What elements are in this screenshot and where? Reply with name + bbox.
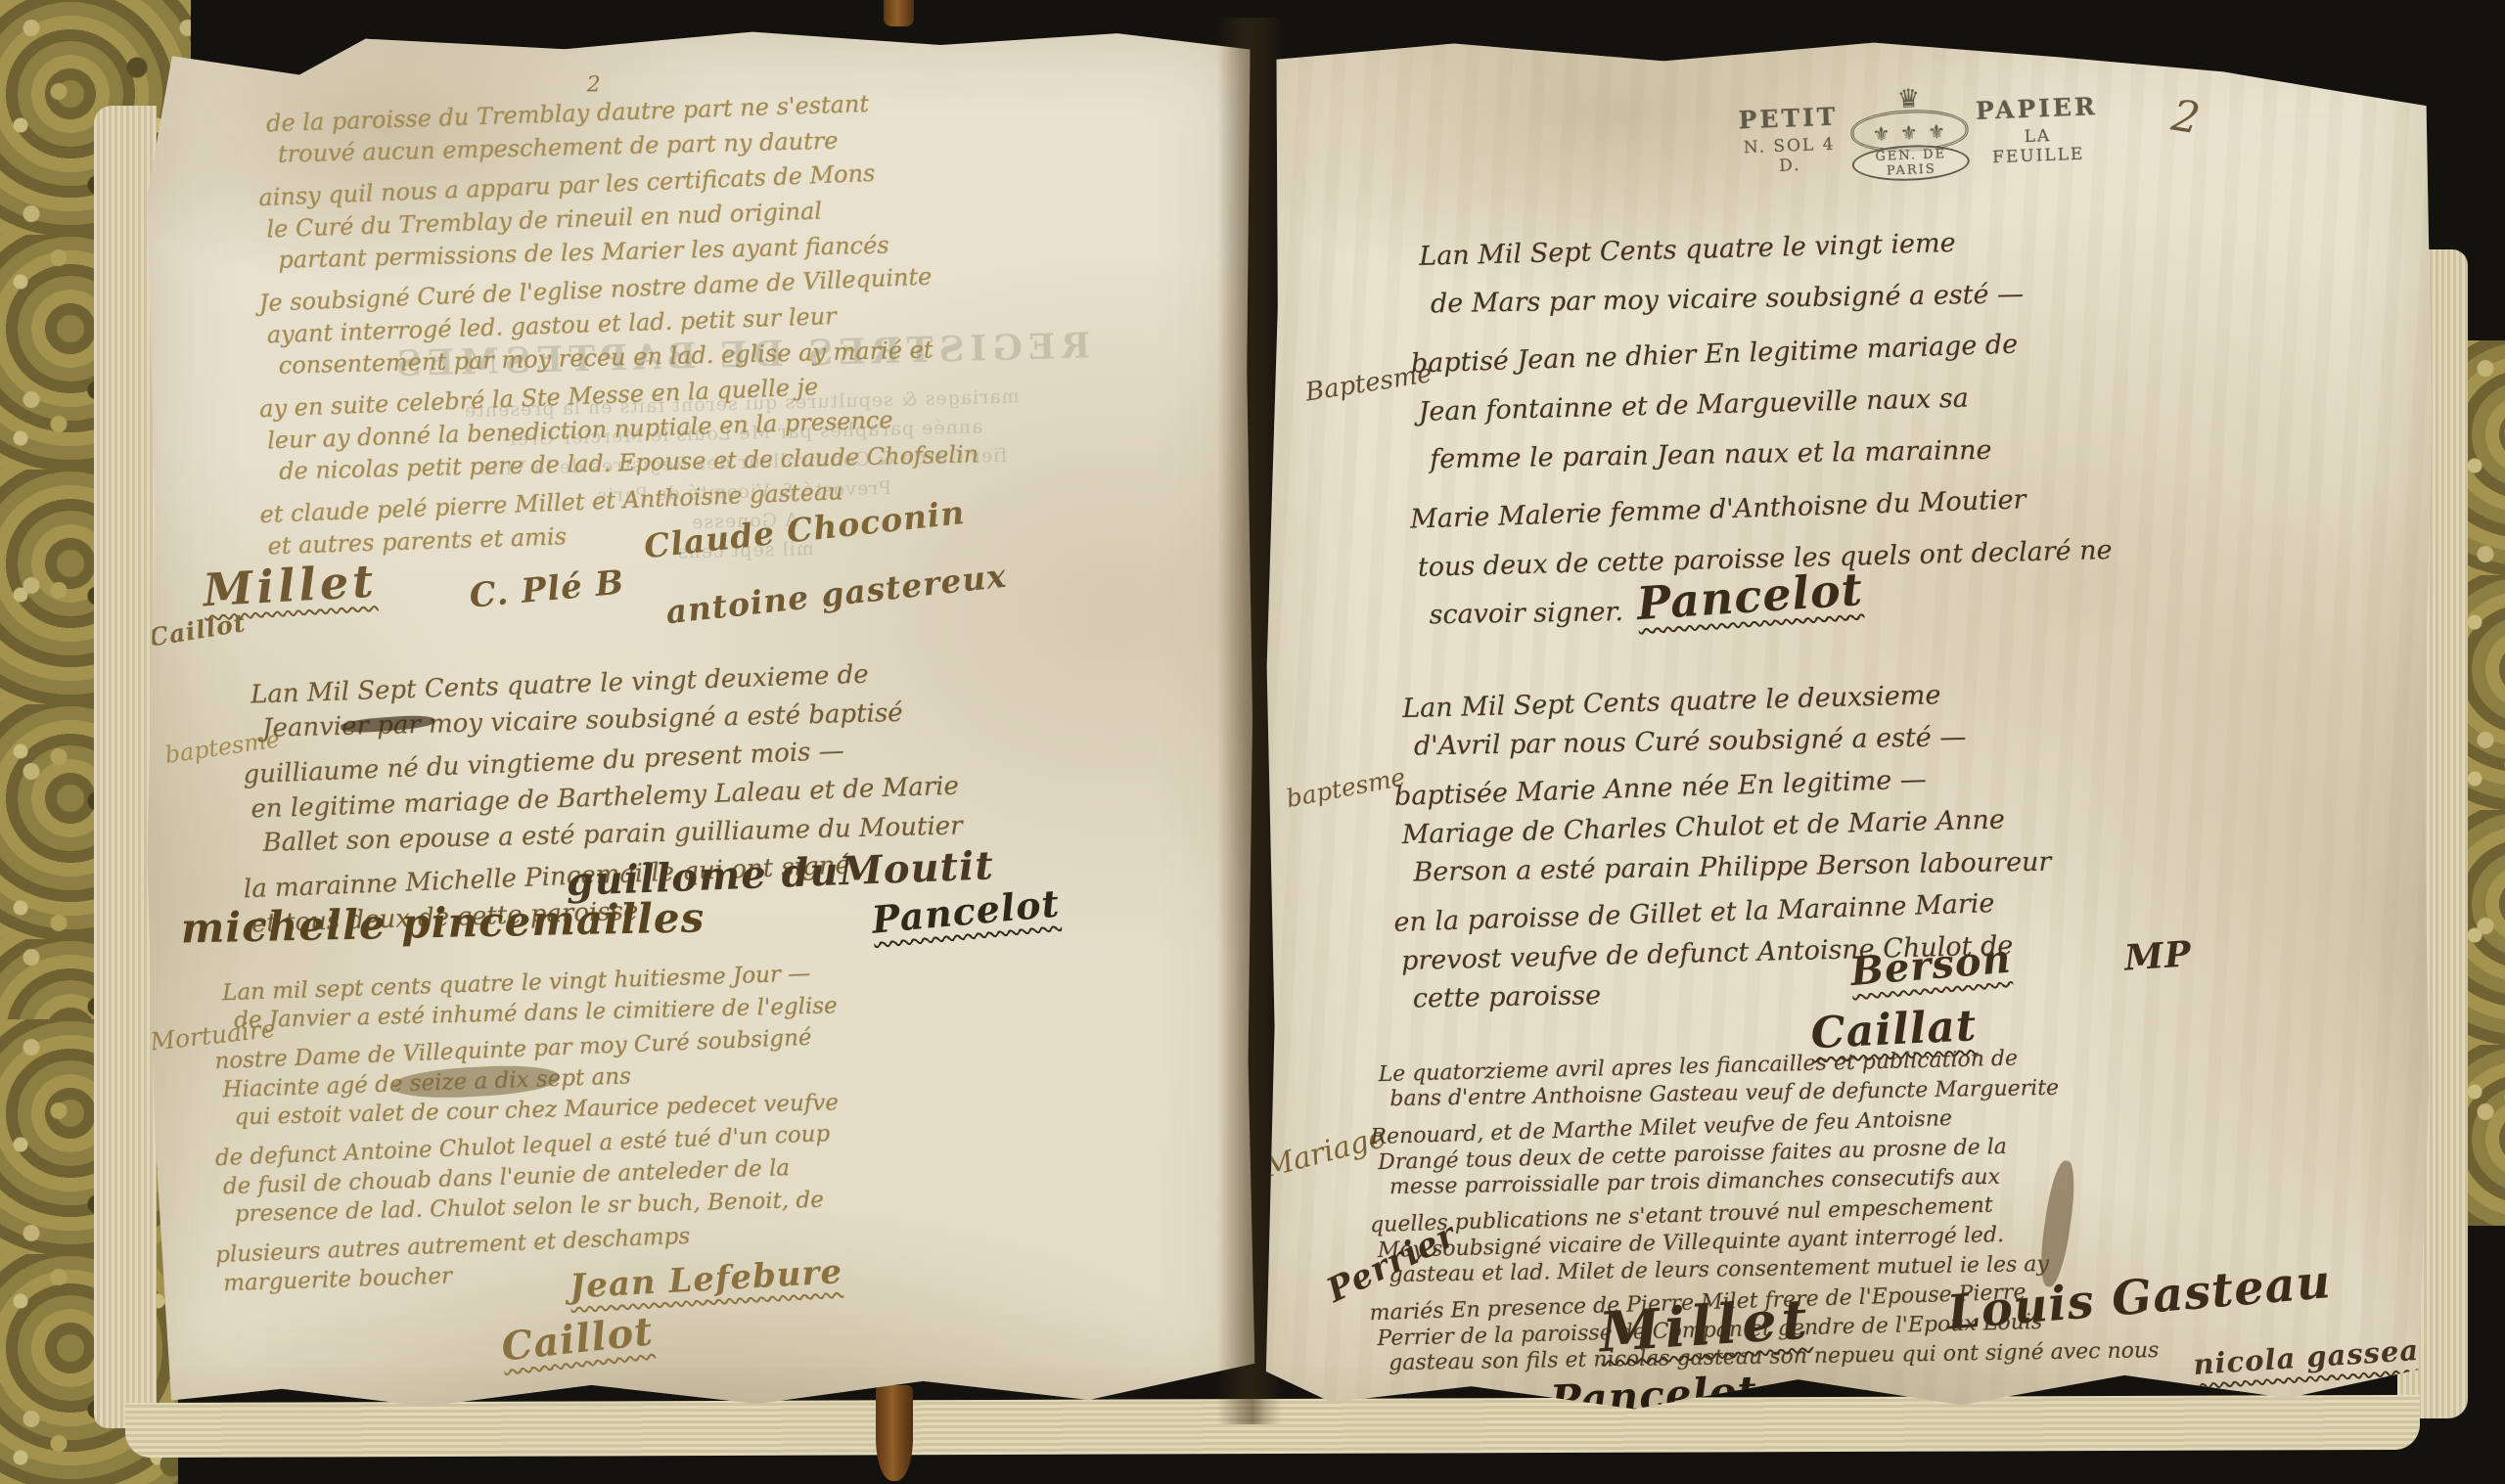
right-page: PETIT N. SOL 4 D. ♛ ⚜ ⚜ ⚜ GEN. DE PARIS … [1261, 31, 2434, 1417]
signature-mp: MP [2123, 933, 2194, 978]
stamp-word-papier: PAPIER [1975, 92, 2098, 125]
marriage-record-faded: de la paroisse du Tremblay dautre part n… [260, 88, 1251, 550]
stamp-word-sol: N. SOL 4 D. [1735, 134, 1845, 177]
stamp-right-column: PAPIER LA FEUILLE [1975, 92, 2099, 168]
leather-spine-tail [876, 1385, 913, 1481]
signature-antoine-gastereux: antoine gastereux [663, 557, 1008, 632]
folio-mark-right: 2 [2168, 91, 2204, 145]
stamp-word-feuille: LA FEUILLE [1977, 124, 2100, 168]
stamp-crown-emblem: ♛ ⚜ ⚜ ⚜ GEN. DE PARIS [1849, 86, 1971, 183]
signature-michelle-pincemailles: michelle pincemailles [180, 893, 705, 952]
stamp-band-gen-de-paris: GEN. DE PARIS [1851, 143, 1970, 183]
crown-icon: ♛ [1849, 86, 1968, 112]
mortuary-record: Lan mil sept cents quatre le vingt huiti… [216, 959, 1254, 1285]
margin-note-baptesme-2: baptesme [1284, 763, 1407, 813]
stamp-left-column: PETIT N. SOL 4 D. [1733, 102, 1845, 177]
tax-stamp: PETIT N. SOL 4 D. ♛ ⚜ ⚜ ⚜ GEN. DE PARIS … [1733, 81, 2100, 188]
baptism-record-right-1: Lan Mil Sept Cents quatre le vingt ieme … [1411, 216, 2401, 635]
marriage-record-right: Le quatorzieme avril apres les fiancaill… [1371, 1045, 2453, 1372]
photograph-background: REGISTRES DE BAPTESMES mariages & sepult… [0, 0, 2505, 1484]
left-page: REGISTRES DE BAPTESMES mariages & sepult… [145, 27, 1255, 1409]
leather-spine-top [884, 0, 914, 26]
signature-caillot-bottom-left: Caillot [499, 1308, 656, 1371]
signature-millet-left: Millet [202, 555, 379, 617]
stamp-word-petit: PETIT [1733, 102, 1843, 134]
signature-caillot-row: Caillot [147, 608, 248, 652]
page-block-edge-left [94, 106, 157, 1428]
